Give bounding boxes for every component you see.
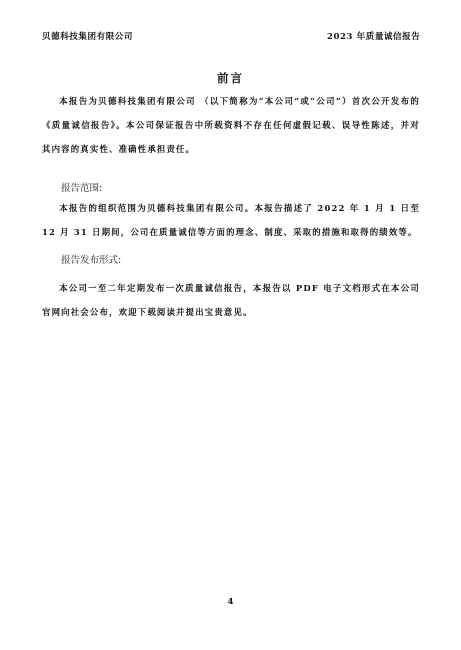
intro-paragraph-text: 本报告为贝德科技集团有限公司 （以下简称为“本公司”或“公司”）首次公开发布的《…	[42, 96, 420, 154]
scope-paragraph-text: 本报告的组织范围为贝德科技集团有限公司。本报告描述了 2022 年 1 月 1 …	[42, 203, 420, 237]
publish-form-paragraph-text: 本公司一至二年定期发布一次质量诚信报告，本报告以 PDF 电子文档形式在本公司官…	[42, 283, 420, 317]
scope-paragraph: 本报告的组织范围为贝德科技集团有限公司。本报告描述了 2022 年 1 月 1 …	[42, 196, 420, 244]
publish-form-paragraph: 本公司一至二年定期发布一次质量诚信报告，本报告以 PDF 电子文档形式在本公司官…	[42, 276, 420, 324]
section-heading-scope: 报告范围:	[61, 180, 102, 194]
section-heading-publish-form: 报告发布形式:	[61, 252, 121, 266]
header-report-title: 2023 年质量诚信报告	[327, 30, 420, 42]
page-title: 前言	[0, 70, 461, 86]
intro-paragraph: 本报告为贝德科技集团有限公司 （以下简称为“本公司”或“公司”）首次公开发布的《…	[42, 89, 420, 161]
header-company-name: 贝德科技集团有限公司	[42, 30, 133, 42]
page-number: 4	[0, 597, 461, 607]
